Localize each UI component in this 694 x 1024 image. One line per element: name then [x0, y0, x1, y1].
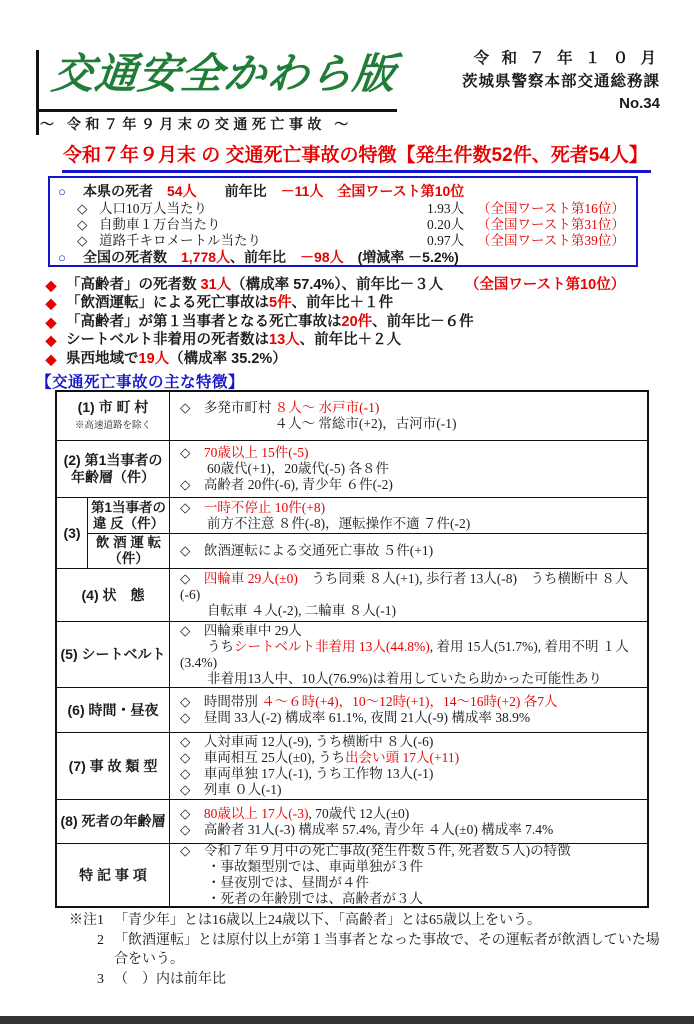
footnote-number: 2	[56, 931, 104, 970]
text-line: ◇ 70歳以上 15件(-5)	[180, 445, 641, 461]
text-line: ◇ 一時不停止 10件(+8)	[180, 500, 641, 516]
text-segment: －98人	[300, 249, 344, 265]
metric-value: 0.97人	[427, 233, 477, 249]
text-line: 前方不注意 ８件(-8)，運転操作不適 ７件(-2)	[180, 516, 641, 532]
text-line: ・事故類型別では、車両単独が３件	[180, 859, 641, 875]
text-segment: 「飲酒運転」による死亡事故は	[66, 295, 269, 311]
diamond-bullet-icon: ◆	[36, 313, 66, 331]
row-content: ◇ 多発市町村 ８人～ 水戸市(-1) ４人～ 常総市(+2)，古河市(-1)	[170, 392, 647, 440]
subrow-drunk-driving: 飲 酒 運 転 （件） ◇ 飲酒運転による交通死亡事故 ５件(+1)	[88, 533, 647, 568]
row-content: ◇ 人対車両 12人(-9), うち横断中 ８人(-6)◇ 車両相互 25人(±…	[170, 733, 647, 799]
row-label-text: (1) 市 町 村	[78, 399, 149, 416]
table-row-victim-age: (8) 死者の年齢層 ◇ 80歳以上 17人(-3), 70歳代 12人(±0)…	[57, 799, 647, 843]
text-segment: 1,778人	[181, 249, 230, 265]
text-segment: 出会い頭 17人(+11)	[345, 750, 459, 765]
page-headline: 令和７年９月末 の 交通死亡事故の特徴【発生件数52件、死者54人】	[62, 140, 651, 173]
text-segment: 、前年比＋１件	[292, 295, 394, 311]
row-content: ◇ 80歳以上 17人(-3), 70歳代 12人(±0)◇ 高齢者 31人(-…	[170, 800, 647, 843]
summary-sub-row: ◇ 人口10万人当たり 1.93人 （全国ワースト第16位）	[50, 201, 636, 217]
text-segment: ◇	[180, 571, 204, 586]
open-diamond-icon: ◇	[77, 233, 99, 249]
text-line: うちシートベルト非着用 13人(44.8%), 着用 15人(51.7%), 着…	[180, 639, 641, 671]
table-row-municipalities: (1) 市 町 村 ※高速道路を除く ◇ 多発市町村 ８人～ 水戸市(-1) ４…	[57, 392, 647, 440]
diamond-bullet-icon: ◆	[36, 276, 66, 294]
text-segment: ◇ 時間帯別	[180, 694, 261, 709]
text-segment: ◇	[180, 500, 204, 515]
footnote-text: 「青少年」とは16歳以上24歳以下、「高齢者」とは65歳以上をいう。	[114, 911, 666, 931]
metric-value: 1.93人	[427, 201, 477, 217]
row-content: ◇ 令和７年９月中の死亡事故(発生件数５件, 死者数５人)の特徴 ・事故類型別で…	[170, 844, 647, 906]
newsletter-title: 交通安全かわら版	[49, 46, 399, 102]
text-segment: ４～６時(+4)，10～12時(+1)，14～16時(+2) 各7人	[261, 694, 557, 709]
list-item-text: 県西地域で19人（構成率 35.2%）	[66, 350, 287, 368]
summary-line-prefecture: ○ 本県の死者 54人 前年比 －11人 全国ワースト第10位	[50, 183, 636, 201]
highlight-bullet-list: ◆ 「高齢者」の死者数 31人（構成率 57.4%）、前年比－３人 （全国ワース…	[36, 276, 666, 368]
text-line: ◇ 人対車両 12人(-9), うち横断中 ８人(-6)	[180, 734, 641, 750]
text-segment: ◇ 高齢者 20件(-6), 青少年 ６件(-2)	[180, 477, 393, 492]
text-segment: （構成率 57.4%）、前年比－３人	[231, 277, 472, 293]
text-segment: ◇	[180, 445, 204, 460]
row-label: (7) 事 故 類 型	[57, 733, 170, 799]
footnote-text: 「飲酒運転」とは原付以上が第１当事者となった事故で、その運転者が飲酒していた場合…	[114, 931, 666, 970]
issue-number: No.34	[428, 93, 660, 114]
list-item: ◆ 「飲酒運転」による死亡事故は5件、前年比＋１件	[36, 294, 666, 312]
list-item-text: 「高齢者」が第１当事者となる死亡事故は20件、前年比－６件	[66, 313, 474, 331]
text-segment: 前方不注意 ８件(-8)，運転操作不適 ７件(-2)	[180, 516, 470, 531]
list-item: ◆ 「高齢者」の死者数 31人（構成率 57.4%）、前年比－３人 （全国ワース…	[36, 276, 666, 294]
open-diamond-icon: ◇	[77, 201, 99, 217]
text-segment: ・事故類型別では、車両単独が３件	[180, 859, 423, 874]
text-segment: ◇ 四輪乗車中 29人	[180, 623, 302, 638]
text-segment: ◇ 列車 ０人(-1)	[180, 782, 282, 797]
text-segment: －11人	[281, 183, 324, 199]
text-line: ◇ 列車 ０人(-1)	[180, 782, 641, 798]
text-segment: , 70歳代 12人(±0)	[309, 806, 410, 821]
row-label: (2) 第1当事者の 年齢層（件）	[57, 441, 170, 497]
table-row-first-party-age: (2) 第1当事者の 年齢層（件） ◇ 70歳以上 15件(-5) 60歳代(+…	[57, 440, 647, 497]
text-segment: ４人～ 常総市(+2)，古河市(-1)	[180, 416, 456, 431]
text-segment: ◇	[180, 806, 204, 821]
row-label: (6) 時間・昼夜	[57, 688, 170, 732]
summary-sub-row: ◇ 道路千キロメートル当たり 0.97人 （全国ワースト第39位）	[50, 233, 636, 249]
text-line: ４人～ 常総市(+2)，古河市(-1)	[180, 416, 641, 432]
list-item: ◆ 県西地域で19人（構成率 35.2%）	[36, 350, 666, 368]
text-segment: ◇ 昼間 33人(-2) 構成率 61.1%, 夜間 21人(-9) 構成率 3…	[180, 710, 530, 725]
text-line: ◇ 高齢者 20件(-6), 青少年 ６件(-2)	[180, 477, 641, 493]
text-line: 自転車 ４人(-2), 二輪車 ８人(-1)	[180, 603, 641, 619]
masthead-subtitle: ～ 令和７年９月末の交通死亡事故 ～	[40, 114, 353, 134]
text-segment: 自転車 ４人(-2), 二輪車 ８人(-1)	[180, 603, 396, 618]
masthead-horizontal-rule	[36, 109, 397, 112]
text-line: ◇ 時間帯別 ４～６時(+4)，10～12時(+1)，14～16時(+2) 各7…	[180, 694, 641, 710]
text-segment: ８人～ 水戸市(-1)	[275, 400, 380, 415]
row-subsection: 第1当事者の 違 反（件） ◇ 一時不停止 10件(+8) 前方不注意 ８件(-…	[88, 498, 647, 568]
subrow-violation: 第1当事者の 違 反（件） ◇ 一時不停止 10件(+8) 前方不注意 ８件(-…	[88, 498, 647, 533]
text-segment: 60歳代(+1)，20歳代(-5) 各８件	[180, 461, 389, 476]
text-segment: ◇ 令和７年９月中の死亡事故(発生件数５件, 死者数５人)の特徴	[180, 843, 571, 858]
summary-line-text: 全国の死者数 1,778人、前年比 －98人 (増減率 －5.2%)	[83, 249, 459, 266]
text-segment: シートベルト非着用の死者数は	[66, 332, 269, 348]
summary-box: ○ 本県の死者 54人 前年比 －11人 全国ワースト第10位 ◇ 人口10万人…	[48, 176, 638, 267]
row-label: (5) シートベルト	[57, 622, 170, 687]
diamond-bullet-icon: ◆	[36, 331, 66, 349]
table-row-special-notes: 特 記 事 項 ◇ 令和７年９月中の死亡事故(発生件数５件, 死者数５人)の特徴…	[57, 843, 647, 906]
summary-line-national: ○ 全国の死者数 1,778人、前年比 －98人 (増減率 －5.2%)	[50, 249, 636, 267]
table-row-state: (4) 状 態 ◇ 四輪車 29人(±0) うち同乗 ８人(+1), 歩行者 1…	[57, 568, 647, 621]
newsletter-page: 交通安全かわら版 令 和 ７ 年 １ ０ 月 茨城県警察本部交通総務課 No.3…	[0, 0, 694, 1024]
text-segment: 全国ワースト第10位	[337, 183, 464, 199]
subrow-label: 飲 酒 運 転 （件）	[88, 534, 170, 568]
row-content: ◇ 四輪乗車中 29人 うちシートベルト非着用 13人(44.8%), 着用 1…	[170, 622, 647, 687]
text-segment: 四輪車 29人(±0)	[204, 571, 298, 586]
text-segment: ◇ 車両相互 25人(±0), うち	[180, 750, 345, 765]
metric-rank: （全国ワースト第39位）	[477, 233, 625, 249]
list-item: ◆ シートベルト非着用の死者数は13人、前年比＋２人	[36, 331, 666, 349]
text-line: ◇ 四輪車 29人(±0) うち同乗 ８人(+1), 歩行者 13人(-8) う…	[180, 571, 641, 603]
text-segment: 全国の死者数	[83, 249, 181, 265]
table-row-seatbelt: (5) シートベルト ◇ 四輪乗車中 29人 うちシートベルト非着用 13人(4…	[57, 621, 647, 687]
row-content: ◇ 時間帯別 ４～６時(+4)，10～12時(+1)，14～16時(+2) 各7…	[170, 688, 647, 732]
text-segment: ◇ 多発市町村	[180, 400, 275, 415]
footnote: 3 （ ）内は前年比	[56, 970, 666, 990]
table-row-time: (6) 時間・昼夜 ◇ 時間帯別 ４～６時(+4)，10～12時(+1)，14～…	[57, 687, 647, 732]
text-segment: 19人	[139, 351, 170, 367]
row-label: 特 記 事 項	[57, 844, 170, 906]
subrow-content: ◇ 一時不停止 10件(+8) 前方不注意 ８件(-8)，運転操作不適 ７件(-…	[170, 498, 647, 533]
row-label: (4) 状 態	[57, 569, 170, 621]
text-segment: 本県の死者	[83, 183, 167, 199]
text-line: ◇ 昼間 33人(-2) 構成率 61.1%, 夜間 21人(-9) 構成率 3…	[180, 710, 641, 726]
text-segment: 13人	[269, 332, 300, 348]
masthead-issue-block: 令 和 ７ 年 １ ０ 月 茨城県警察本部交通総務課 No.34	[428, 47, 660, 114]
subrow-content: ◇ 飲酒運転による交通死亡事故 ５件(+1)	[170, 534, 647, 568]
list-item-text: 「飲酒運転」による死亡事故は5件、前年比＋１件	[66, 294, 393, 312]
row-content: ◇ 四輪車 29人(±0) うち同乗 ８人(+1), 歩行者 13人(-8) う…	[170, 569, 647, 621]
footnote: ※注1 「青少年」とは16歳以上24歳以下、「高齢者」とは65歳以上をいう。	[56, 911, 666, 931]
text-segment: 一時不停止 10件(+8)	[204, 500, 325, 515]
text-segment: 5件	[269, 295, 292, 311]
text-segment: 、前年比	[230, 249, 300, 265]
issue-date: 令 和 ７ 年 １ ０ 月	[428, 47, 660, 70]
text-segment: 、前年比－６件	[372, 314, 474, 330]
text-segment: 、前年比＋２人	[300, 332, 402, 348]
row-content: ◇ 70歳以上 15件(-5) 60歳代(+1)，20歳代(-5) 各８件◇ 高…	[170, 441, 647, 497]
text-line: ◇ 80歳以上 17人(-3), 70歳代 12人(±0)	[180, 806, 641, 822]
text-segment: (増減率 －5.2%)	[344, 249, 459, 265]
text-segment: 20件	[342, 314, 373, 330]
text-line: ◇ 高齢者 31人(-3) 構成率 57.4%, 青少年 ４人(±0) 構成率 …	[180, 822, 641, 838]
row-label: (8) 死者の年齢層	[57, 800, 170, 843]
list-item-text: シートベルト非着用の死者数は13人、前年比＋２人	[66, 331, 401, 349]
metric-value: 0.20人	[427, 217, 477, 233]
table-row-violations: (3) 第1当事者の 違 反（件） ◇ 一時不停止 10件(+8) 前方不注意 …	[57, 497, 647, 568]
text-segment: 非着用13人中、10人(76.9%)は着用していたら助かった可能性あり	[180, 671, 602, 686]
text-segment: ◇ 人対車両 12人(-9), うち横断中 ８人(-6)	[180, 734, 433, 749]
text-line: ◇ 車両相互 25人(±0), うち出会い頭 17人(+11)	[180, 750, 641, 766]
text-segment: ◇ 高齢者 31人(-3) 構成率 57.4%, 青少年 ４人(±0) 構成率 …	[180, 822, 553, 837]
table-row-accident-type: (7) 事 故 類 型 ◇ 人対車両 12人(-9), うち横断中 ８人(-6)…	[57, 732, 647, 799]
text-line: ◇ 四輪乗車中 29人	[180, 623, 641, 639]
metric-label: 道路千キロメートル当たり	[99, 233, 427, 249]
summary-line-text: 本県の死者 54人 前年比 －11人 全国ワースト第10位	[83, 183, 464, 200]
row-label-note: ※高速道路を除く	[75, 417, 151, 434]
text-line: ・昼夜別では、昼間が４件	[180, 875, 641, 891]
text-segment: 「高齢者」の死者数	[66, 277, 201, 293]
text-segment: シートベルト非着用 13人(44.8%)	[234, 639, 430, 654]
text-segment: 80歳以上 17人(-3)	[204, 806, 309, 821]
text-line: ◇ 車両単独 17人(-1), うち工作物 13人(-1)	[180, 766, 641, 782]
text-segment	[323, 183, 337, 199]
text-segment: ・昼夜別では、昼間が４件	[180, 875, 369, 890]
text-segment: 「高齢者」が第１当事者となる死亡事故は	[66, 314, 342, 330]
text-segment: 31人	[201, 277, 232, 293]
text-line: 非着用13人中、10人(76.9%)は着用していたら助かった可能性あり	[180, 671, 641, 687]
list-item-text: 「高齢者」の死者数 31人（構成率 57.4%）、前年比－３人 （全国ワースト第…	[66, 276, 625, 294]
text-line: ◇ 多発市町村 ８人～ 水戸市(-1)	[180, 400, 641, 416]
metric-rank: （全国ワースト第31位）	[477, 217, 625, 233]
footnote: 2 「飲酒運転」とは原付以上が第１当事者となった事故で、その運転者が飲酒していた…	[56, 931, 666, 970]
metric-label: 人口10万人当たり	[99, 201, 427, 217]
text-line: ・死者の年齢別では、高齢者が３人	[180, 891, 641, 906]
text-segment: ・死者の年齢別では、高齢者が３人	[180, 891, 423, 906]
diamond-bullet-icon: ◆	[36, 350, 66, 368]
text-segment: 70歳以上 15件(-5)	[204, 445, 309, 460]
text-segment: （構成率 35.2%）	[169, 351, 287, 367]
list-item: ◆ 「高齢者」が第１当事者となる死亡事故は20件、前年比－６件	[36, 313, 666, 331]
row-number: (3)	[57, 498, 88, 568]
text-segment: うち	[180, 639, 234, 654]
footnote-number: ※注1	[56, 911, 104, 931]
text-line: ◇ 飲酒運転による交通死亡事故 ５件(+1)	[180, 543, 641, 559]
text-line: 60歳代(+1)，20歳代(-5) 各８件	[180, 461, 641, 477]
text-segment: 県西地域で	[66, 351, 139, 367]
subrow-label: 第1当事者の 違 反（件）	[88, 498, 170, 533]
circle-bullet-icon: ○	[58, 184, 83, 201]
masthead-vertical-rule	[36, 50, 39, 135]
text-segment: （全国ワースト第10位）	[472, 277, 625, 293]
row-label: (1) 市 町 村 ※高速道路を除く	[57, 392, 170, 440]
text-segment: 54人	[167, 183, 197, 199]
page-bottom-bar	[0, 1016, 694, 1024]
summary-sub-row: ◇ 自動車１万台当たり 0.20人 （全国ワースト第31位）	[50, 217, 636, 233]
text-segment: 前年比	[197, 183, 281, 199]
open-diamond-icon: ◇	[77, 217, 99, 233]
circle-bullet-icon: ○	[58, 250, 83, 267]
table-section-heading: 【交通死亡事故の主な特徴】	[36, 370, 244, 392]
footnotes: ※注1 「青少年」とは16歳以上24歳以下、「高齢者」とは65歳以上をいう。 2…	[56, 911, 666, 989]
footnote-number: 3	[56, 970, 104, 990]
metric-label: 自動車１万台当たり	[99, 217, 427, 233]
text-segment: ◇ 飲酒運転による交通死亡事故 ５件(+1)	[180, 543, 433, 558]
footnote-text: （ ）内は前年比	[114, 970, 666, 990]
text-line: ◇ 令和７年９月中の死亡事故(発生件数５件, 死者数５人)の特徴	[180, 843, 641, 859]
feature-table: (1) 市 町 村 ※高速道路を除く ◇ 多発市町村 ８人～ 水戸市(-1) ４…	[55, 390, 649, 908]
text-segment: ◇ 車両単独 17人(-1), うち工作物 13人(-1)	[180, 766, 433, 781]
metric-rank: （全国ワースト第16位）	[477, 201, 625, 217]
issuing-organization: 茨城県警察本部交通総務課	[428, 70, 660, 93]
diamond-bullet-icon: ◆	[36, 294, 66, 312]
